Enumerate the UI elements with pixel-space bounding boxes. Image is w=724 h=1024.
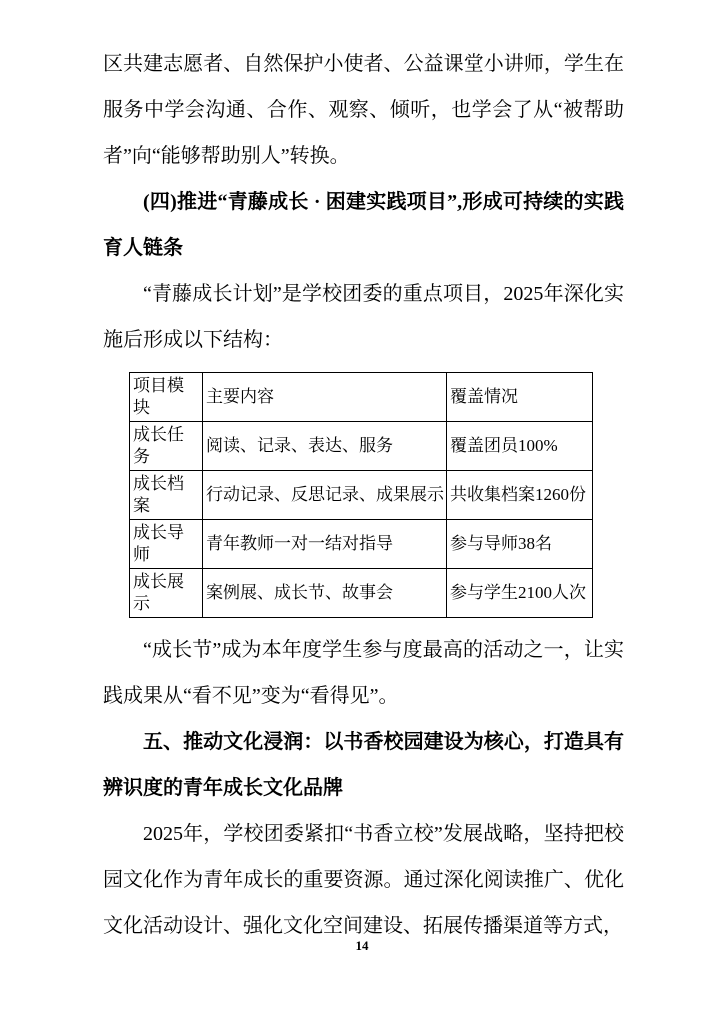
table-cell: 成长展示: [130, 569, 203, 618]
table-cell: 成长任务: [130, 422, 203, 471]
table-cell: 覆盖团员100%: [447, 422, 593, 471]
table-cell: 成长导师: [130, 520, 203, 569]
table-cell: 阅读、记录、表达、服务: [203, 422, 447, 471]
section-heading-4: (四)推进“青藤成长 · 困建实践项目”,形成可持续的实践育人链条: [103, 179, 624, 271]
paragraph-qingteng-plan: “青藤成长计划”是学校团委的重点项目，2025年深化实施后形成以下结构：: [103, 271, 624, 363]
page-number: 14: [0, 938, 724, 954]
table-header-cell-coverage: 覆盖情况: [447, 373, 593, 422]
table-cell: 案例展、成长节、故事会: [203, 569, 447, 618]
paragraph-continuation: 区共建志愿者、自然保护小使者、公益课堂小讲师，学生在服务中学会沟通、合作、观察、…: [103, 41, 624, 179]
table-cell: 成长档案: [130, 471, 203, 520]
document-page: 区共建志愿者、自然保护小使者、公益课堂小讲师，学生在服务中学会沟通、合作、观察、…: [0, 0, 724, 1024]
table-header-row: 项目模块 主要内容 覆盖情况: [130, 373, 593, 422]
document-body: 区共建志愿者、自然保护小使者、公益课堂小讲师，学生在服务中学会沟通、合作、观察、…: [103, 41, 624, 949]
table-row: 成长展示 案例展、成长节、故事会 参与学生2100人次: [130, 569, 593, 618]
project-structure-table: 项目模块 主要内容 覆盖情况 成长任务 阅读、记录、表达、服务 覆盖团员100%…: [129, 372, 593, 618]
table-cell: 行动记录、反思记录、成果展示: [203, 471, 447, 520]
table-row: 成长导师 青年教师一对一结对指导 参与导师38名: [130, 520, 593, 569]
table-cell: 参与导师38名: [447, 520, 593, 569]
table-cell: 共收集档案1260份: [447, 471, 593, 520]
table-cell: 青年教师一对一结对指导: [203, 520, 447, 569]
paragraph-2025-culture: 2025年，学校团委紧扣“书香立校”发展战略，坚持把校园文化作为青年成长的重要资…: [103, 811, 624, 949]
section-heading-5: 五、推动文化浸润：以书香校园建设为核心，打造具有辨识度的青年成长文化品牌: [103, 719, 624, 811]
paragraph-growth-festival: “成长节”成为本年度学生参与度最高的活动之一，让实践成果从“看不见”变为“看得见…: [103, 627, 624, 719]
table-row: 成长任务 阅读、记录、表达、服务 覆盖团员100%: [130, 422, 593, 471]
table-cell: 参与学生2100人次: [447, 569, 593, 618]
table-row: 成长档案 行动记录、反思记录、成果展示 共收集档案1260份: [130, 471, 593, 520]
table-header-cell-module: 项目模块: [130, 373, 203, 422]
table-header-cell-content: 主要内容: [203, 373, 447, 422]
